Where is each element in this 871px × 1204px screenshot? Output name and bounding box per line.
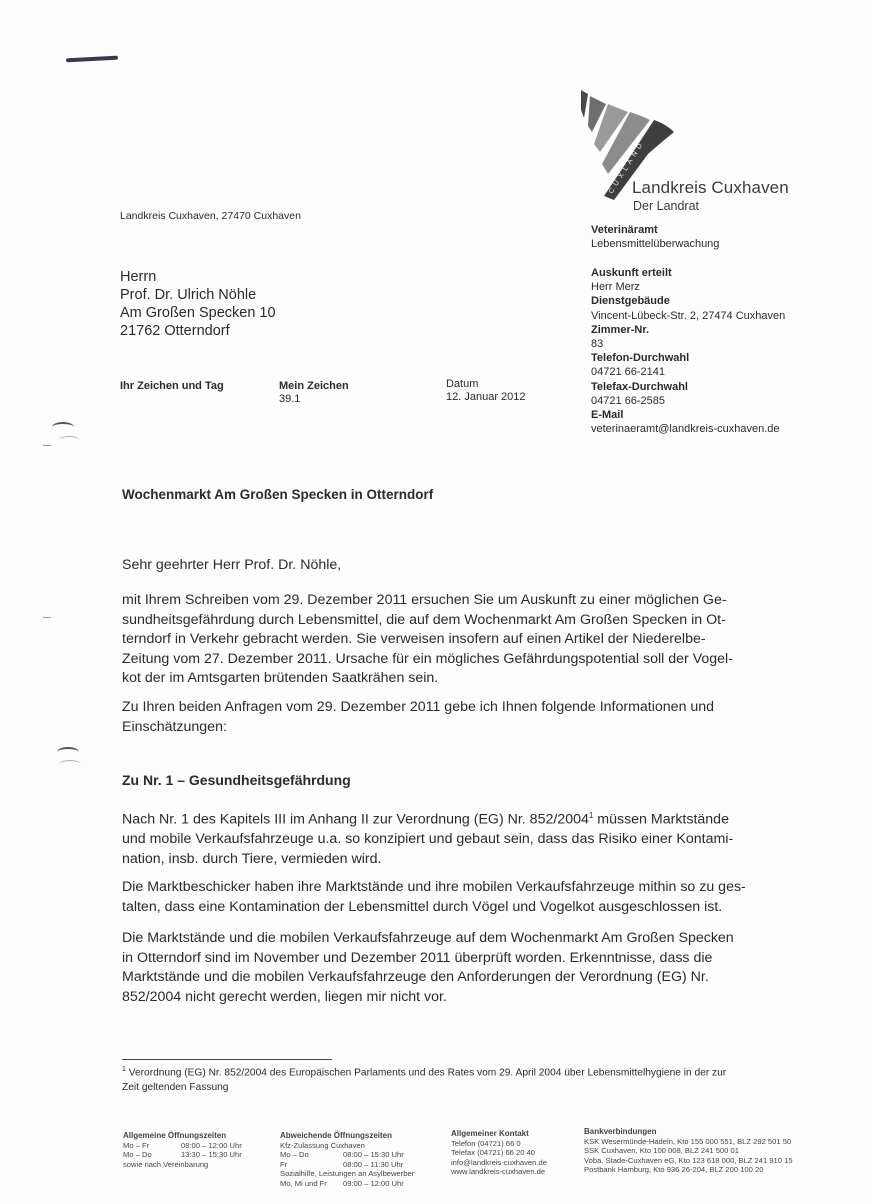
hours-row: Mo, Mi und Fr09:00 – 12:00 Uhr [280, 1179, 414, 1189]
text-span: müssen Marktstände [593, 812, 729, 828]
hours-days: Fr [280, 1160, 343, 1170]
department-title: Veterinäramt [591, 224, 658, 236]
contact-label: Dienstgebäude [591, 294, 785, 308]
contact-label: E-Mail [591, 408, 785, 422]
footnote-divider [122, 1059, 332, 1060]
text-line: sundheitsgefährdung durch Lebensmittel, … [122, 611, 812, 631]
contact-label: Zimmer-Nr. [591, 323, 785, 337]
text-line: Nach Nr. 1 des Kapitels III im Anhang II… [122, 806, 812, 830]
your-reference-label: Ihr Zeichen und Tag [120, 380, 224, 393]
footer-heading: Allgemeine Öffnungszeiten [123, 1131, 242, 1141]
email-link[interactable]: veterinaeramt@landkreis-cuxhaven.de [591, 422, 785, 436]
department-subtitle: Lebensmittelüberwachung [591, 238, 719, 250]
paragraph-5: Die Marktstände und die mobilen Verkaufs… [122, 929, 812, 1007]
hours-time: 08:00 – 15:30 Uhr [343, 1150, 404, 1160]
bank-line: KSK Wesermünde-Hadeln, Kto 155 000 551, … [584, 1137, 793, 1147]
footnote-line: Zeit geltenden Fassung [122, 1081, 822, 1096]
date-value: 12. Januar 2012 [446, 391, 526, 404]
fax: Telefax (04721) 66 20 40 [451, 1148, 547, 1158]
recipient-line: 21762 Otterndorf [120, 322, 276, 340]
text-line: kot der im Amtsgarten brütenden Saatkräh… [122, 669, 812, 689]
email-link[interactable]: info@landkreis-cuxhaven.de [451, 1158, 547, 1168]
text-line: 852/2004 nicht gerecht werden, liegen mi… [122, 988, 812, 1008]
recipient-line: Herrn [120, 268, 276, 286]
salutation: Sehr geehrter Herr Prof. Dr. Nöhle, [122, 557, 341, 573]
paragraph-3: Nach Nr. 1 des Kapitels III im Anhang II… [122, 806, 812, 870]
hours-days: Mo, Mi und Fr [280, 1179, 343, 1189]
text-line: nation, insb. durch Tiere, vermieden wir… [122, 850, 812, 870]
footnote-text: Verordnung (EG) Nr. 852/2004 des Europäi… [126, 1067, 726, 1078]
paragraph-1: mit Ihrem Schreiben vom 29. Dezember 201… [122, 591, 812, 689]
footer-contact: Allgemeiner Kontakt Telefon (04721) 66 0… [451, 1129, 547, 1177]
bank-line: Postbank Hamburg, Kto 936 26-204, BLZ 20… [584, 1165, 793, 1175]
bank-line: Voba. Stade-Cuxhaven eG, Kto 123 618 000… [584, 1156, 793, 1166]
your-reference: Ihr Zeichen und Tag [120, 380, 224, 393]
text-line: mit Ihrem Schreiben vom 29. Dezember 201… [122, 591, 812, 611]
text-line: Die Marktstände und die mobilen Verkaufs… [122, 929, 812, 949]
text-line: und mobile Verkaufsfahrzeuge u.a. so kon… [122, 830, 812, 850]
punch-hole-mark [57, 747, 79, 757]
my-reference-label: Mein Zeichen [279, 380, 349, 393]
scan-artifact [43, 445, 51, 446]
contact-value: 04721 66-2141 [591, 365, 785, 379]
footer-opening-hours: Allgemeine Öffnungszeiten Mo – Fr08:00 –… [123, 1131, 242, 1169]
paragraph-2: Zu Ihren beiden Anfragen vom 29. Dezembe… [122, 698, 812, 737]
subject-line: Wochenmarkt Am Großen Specken in Otternd… [122, 487, 433, 502]
my-reference-value: 39.1 [279, 393, 349, 406]
text-line: Zu Ihren beiden Anfragen vom 29. Dezembe… [122, 698, 812, 718]
recipient-address: Herrn Prof. Dr. Ulrich Nöhle Am Großen S… [120, 268, 276, 340]
footnote-line: 1 Verordnung (EG) Nr. 852/2004 des Europ… [122, 1063, 822, 1081]
punch-hole-mark [58, 436, 80, 445]
scan-artifact [43, 617, 51, 618]
recipient-line: Am Großen Specken 10 [120, 304, 276, 322]
contact-value: Vincent-Lübeck-Str. 2, 27474 Cuxhaven [591, 309, 785, 323]
paragraph-4: Die Marktbeschicker haben ihre Marktstän… [122, 878, 812, 917]
text-line: Zeitung vom 27. Dezember 2011. Ursache f… [122, 650, 812, 670]
footer-subheading: Kfz-Zulassung Cuxhaven [280, 1141, 414, 1151]
contact-value: 04721 66-2585 [591, 394, 785, 408]
contact-info-block: Auskunft erteilt Herr Merz Dienstgebäude… [591, 266, 785, 436]
punch-hole-mark [52, 422, 74, 432]
footer-alt-hours: Abweichende Öffnungszeiten Kfz-Zulassung… [280, 1131, 414, 1189]
org-name: Landkreis Cuxhaven [632, 178, 789, 198]
footer-heading: Allgemeiner Kontakt [451, 1129, 547, 1139]
hours-note: sowie nach Vereinbarung [123, 1160, 242, 1170]
hours-row: Fr08:00 – 11:30 Uhr [280, 1160, 414, 1170]
my-reference: Mein Zeichen 39.1 [279, 380, 349, 406]
text-span: Nach Nr. 1 des Kapitels III im Anhang II… [122, 812, 589, 828]
hours-time: 08:00 – 12:00 Uhr [181, 1141, 242, 1151]
hours-time: 08:00 – 11:30 Uhr [343, 1160, 403, 1170]
date-label: Datum [446, 378, 526, 391]
hours-row: Mo – Do08:00 – 15:30 Uhr [280, 1150, 414, 1160]
contact-value: 83 [591, 337, 785, 351]
bank-line: SSK Cuxhaven, Kto 100 008, BLZ 241 500 0… [584, 1146, 793, 1156]
pen-mark [66, 56, 118, 63]
recipient-line: Prof. Dr. Ulrich Nöhle [120, 286, 276, 304]
punch-hole-mark [59, 760, 81, 769]
contact-value: Herr Merz [591, 280, 785, 294]
text-line: Marktstände und die mobilen Verkaufsfahr… [122, 968, 812, 988]
hours-days: Mo – Do [280, 1150, 343, 1160]
text-line: Einschätzungen: [122, 718, 812, 738]
text-line: in Otterndorf sind im November und Dezem… [122, 949, 812, 969]
hours-row: Mo – Fr08:00 – 12:00 Uhr [123, 1141, 242, 1151]
text-line: talten, dass eine Kontamination der Lebe… [122, 898, 812, 918]
contact-label: Telefax-Durchwahl [591, 380, 785, 394]
contact-label: Telefon-Durchwahl [591, 351, 785, 365]
text-line: terndorf in Verkehr gebracht werden. Sie… [122, 630, 812, 650]
phone: Telefon (04721) 66 0 [451, 1139, 547, 1149]
contact-label: Auskunft erteilt [591, 266, 785, 280]
footer-heading: Abweichende Öffnungszeiten [280, 1131, 414, 1141]
text-line: Die Marktbeschicker haben ihre Marktstän… [122, 878, 812, 898]
hours-time: 09:00 – 12:00 Uhr [343, 1179, 404, 1189]
date-block: Datum 12. Januar 2012 [446, 378, 526, 404]
footer-heading: Bankverbindungen [584, 1127, 793, 1137]
sender-return-address: Landkreis Cuxhaven, 27470 Cuxhaven [120, 210, 301, 222]
website-link[interactable]: www.landkreis-cuxhaven.de [451, 1167, 547, 1177]
hours-time: 13:30 – 15:30 Uhr [181, 1150, 242, 1160]
org-subtitle: Der Landrat [633, 199, 699, 213]
footnote: 1 Verordnung (EG) Nr. 852/2004 des Europ… [122, 1063, 822, 1095]
section-heading: Zu Nr. 1 – Gesundheitsgefährdung [122, 772, 351, 788]
hours-days: Mo – Do [123, 1150, 181, 1160]
hours-row: Mo – Do13:30 – 15:30 Uhr [123, 1150, 242, 1160]
hours-days: Mo – Fr [123, 1141, 181, 1151]
footer-bank: Bankverbindungen KSK Wesermünde-Hadeln, … [584, 1127, 793, 1175]
footer-subheading: Sozialhilfe, Leistungen an Asylbewerber [280, 1169, 414, 1179]
